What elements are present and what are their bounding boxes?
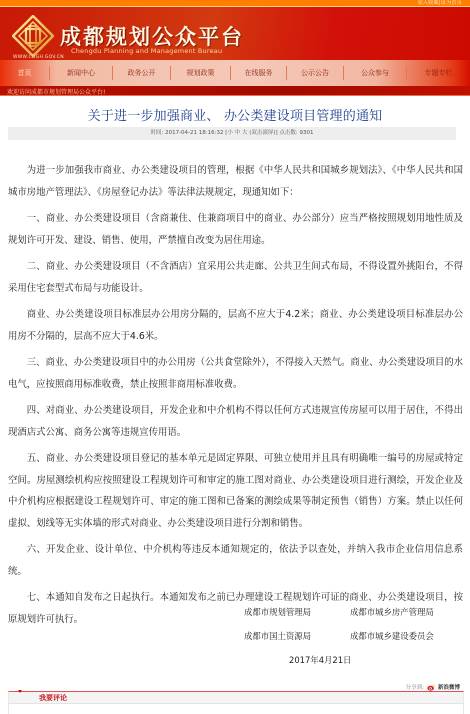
site-subtitle: Chengdu Planning and Management Bureau xyxy=(71,47,222,55)
top-links: 加入收藏|设为首页 xyxy=(418,0,462,6)
dblclick-scroll-toggle[interactable]: (双击滚屏) xyxy=(249,130,275,136)
share-bar: 分享到: 新浪微博 xyxy=(406,683,460,691)
nav-item-online-services[interactable]: 在线服务 xyxy=(231,66,287,80)
share-label: 分享到: xyxy=(406,683,424,691)
red-marker-icon xyxy=(18,690,22,693)
welcome-text: 欢迎访问成都市规划管理局公众平台! xyxy=(7,87,105,96)
nav-item-public-notices[interactable]: 公示公告 xyxy=(287,66,344,80)
click-count: 9301 xyxy=(300,130,314,136)
paragraph-3: 三、商业、办公类建设项目中的办公用房（公共食堂除外），不得接入天然气。商业、办公… xyxy=(8,352,463,395)
set-homepage-link[interactable]: |设为首页 xyxy=(439,0,462,6)
add-favorite-link[interactable]: 加入收藏 xyxy=(418,0,439,6)
weibo-icon[interactable] xyxy=(427,684,435,691)
font-small-button[interactable]: 小 xyxy=(227,130,233,136)
paragraph-6: 六、开发企业、设计单位、中介机构等违反本通知规定的，依法予以查处，并纳入我市企业… xyxy=(8,539,463,582)
article-body: 为进一步加强我市商业、办公类建设项目的管理，根据《中华人民共和国城乡规划法》、《… xyxy=(8,160,463,635)
font-medium-button[interactable]: 中 xyxy=(235,130,241,136)
nav-item-special-topics[interactable]: 专题专栏 xyxy=(407,66,470,80)
article-meta: 时间: 2017-04-21 18:16:32 [小 中 大 (双击滚屏)] 点… xyxy=(8,127,456,140)
signature-construction-committee: 成都市城乡建设委员会 xyxy=(350,630,434,642)
diamond-emblem-icon xyxy=(12,15,54,57)
signature-date: 2017年4月21日 xyxy=(289,654,351,666)
nav-item-planning-policy[interactable]: 规划政策 xyxy=(171,66,231,80)
comment-header: 我要评论 xyxy=(9,692,463,704)
font-size-bracket-end: ] xyxy=(276,130,278,136)
article-title: 关于进一步加强商业、 办公类建设项目管理的通知 xyxy=(0,105,470,124)
signature-land-bureau: 成都市国土资源局 xyxy=(244,630,311,642)
share-weibo-link[interactable]: 新浪微博 xyxy=(438,683,460,691)
comment-title: 我要评论 xyxy=(39,693,67,703)
top-utility-bar: 加入收藏|设为首页 xyxy=(0,0,470,7)
font-large-button[interactable]: 大 xyxy=(242,130,248,136)
nav-item-government-affairs[interactable]: 政务公开 xyxy=(113,66,171,80)
nav-item-news[interactable]: 新闻中心 xyxy=(50,66,113,80)
paragraph-2-floor-height: 商业、办公类建设项目标准层办公用房分隔的，层高不应大于4.2米；商业、办公类建设… xyxy=(8,304,463,347)
site-banner: WWW.CDGH.GOV.CN 成都规划公众平台 Chengdu Plannin… xyxy=(0,7,470,60)
welcome-bar: 欢迎访问成都市规划管理局公众平台! xyxy=(0,86,470,96)
signature-planning-bureau: 成都市规划管理局 xyxy=(244,606,311,618)
paragraph-4: 四、对商业、办公类建设项目，开发企业和中介机构不得以任何方式违规宣传房屋可以用于… xyxy=(8,400,463,443)
paragraph-intro: 为进一步加强我市商业、办公类建设项目的管理，根据《中华人民共和国城乡规划法》、《… xyxy=(8,160,463,203)
paragraph-1: 一、商业、办公类建设项目（含商兼住、住兼商项目中的商业、办公部分）应当严格按照规… xyxy=(8,208,463,251)
comment-section: 我要评论 xyxy=(8,691,464,714)
clicks-label: 点击数: xyxy=(279,130,297,136)
signature-housing-bureau: 成都市城乡房产管理局 xyxy=(350,606,434,618)
paragraph-5: 五、商业、办公类建设项目登记的基本单元是固定界限、可独立使用并且具有明确唯一编号… xyxy=(8,448,463,535)
time-label: 时间: xyxy=(150,130,163,136)
publish-time: 2017-04-21 18:16:32 xyxy=(165,130,223,136)
paragraph-2: 二、商业、办公类建设项目（不含酒店）宜采用公共走廊、公共卫生间式布局，不得设置外… xyxy=(8,256,463,299)
nav-item-home[interactable]: 首页 xyxy=(0,66,50,80)
nav-item-public-participation[interactable]: 公众参与 xyxy=(344,66,407,80)
main-nav: 首页 新闻中心 政务公开 规划政策 在线服务 公示公告 公众参与 专题专栏 xyxy=(0,60,470,86)
